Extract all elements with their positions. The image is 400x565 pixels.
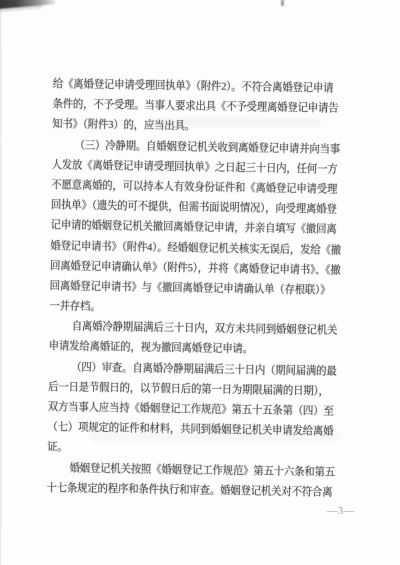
document-line: 十七条规定的程序和条件执行和审查。婚姻登记机关对不符合离 [46,478,358,503]
paper-edge-line [0,0,2,565]
scan-speck-artifact [281,0,284,6]
document-text-block: 给《离婚登记申请受理回执单》（附件2）。不符合离婚登记申请条件的，不予受理。当事… [46,74,383,503]
page-number: —3— [327,506,355,517]
scanned-document-page: 给《离婚登记申请受理回执单》（附件2）。不符合离婚登记申请条件的，不予受理。当事… [0,0,400,565]
